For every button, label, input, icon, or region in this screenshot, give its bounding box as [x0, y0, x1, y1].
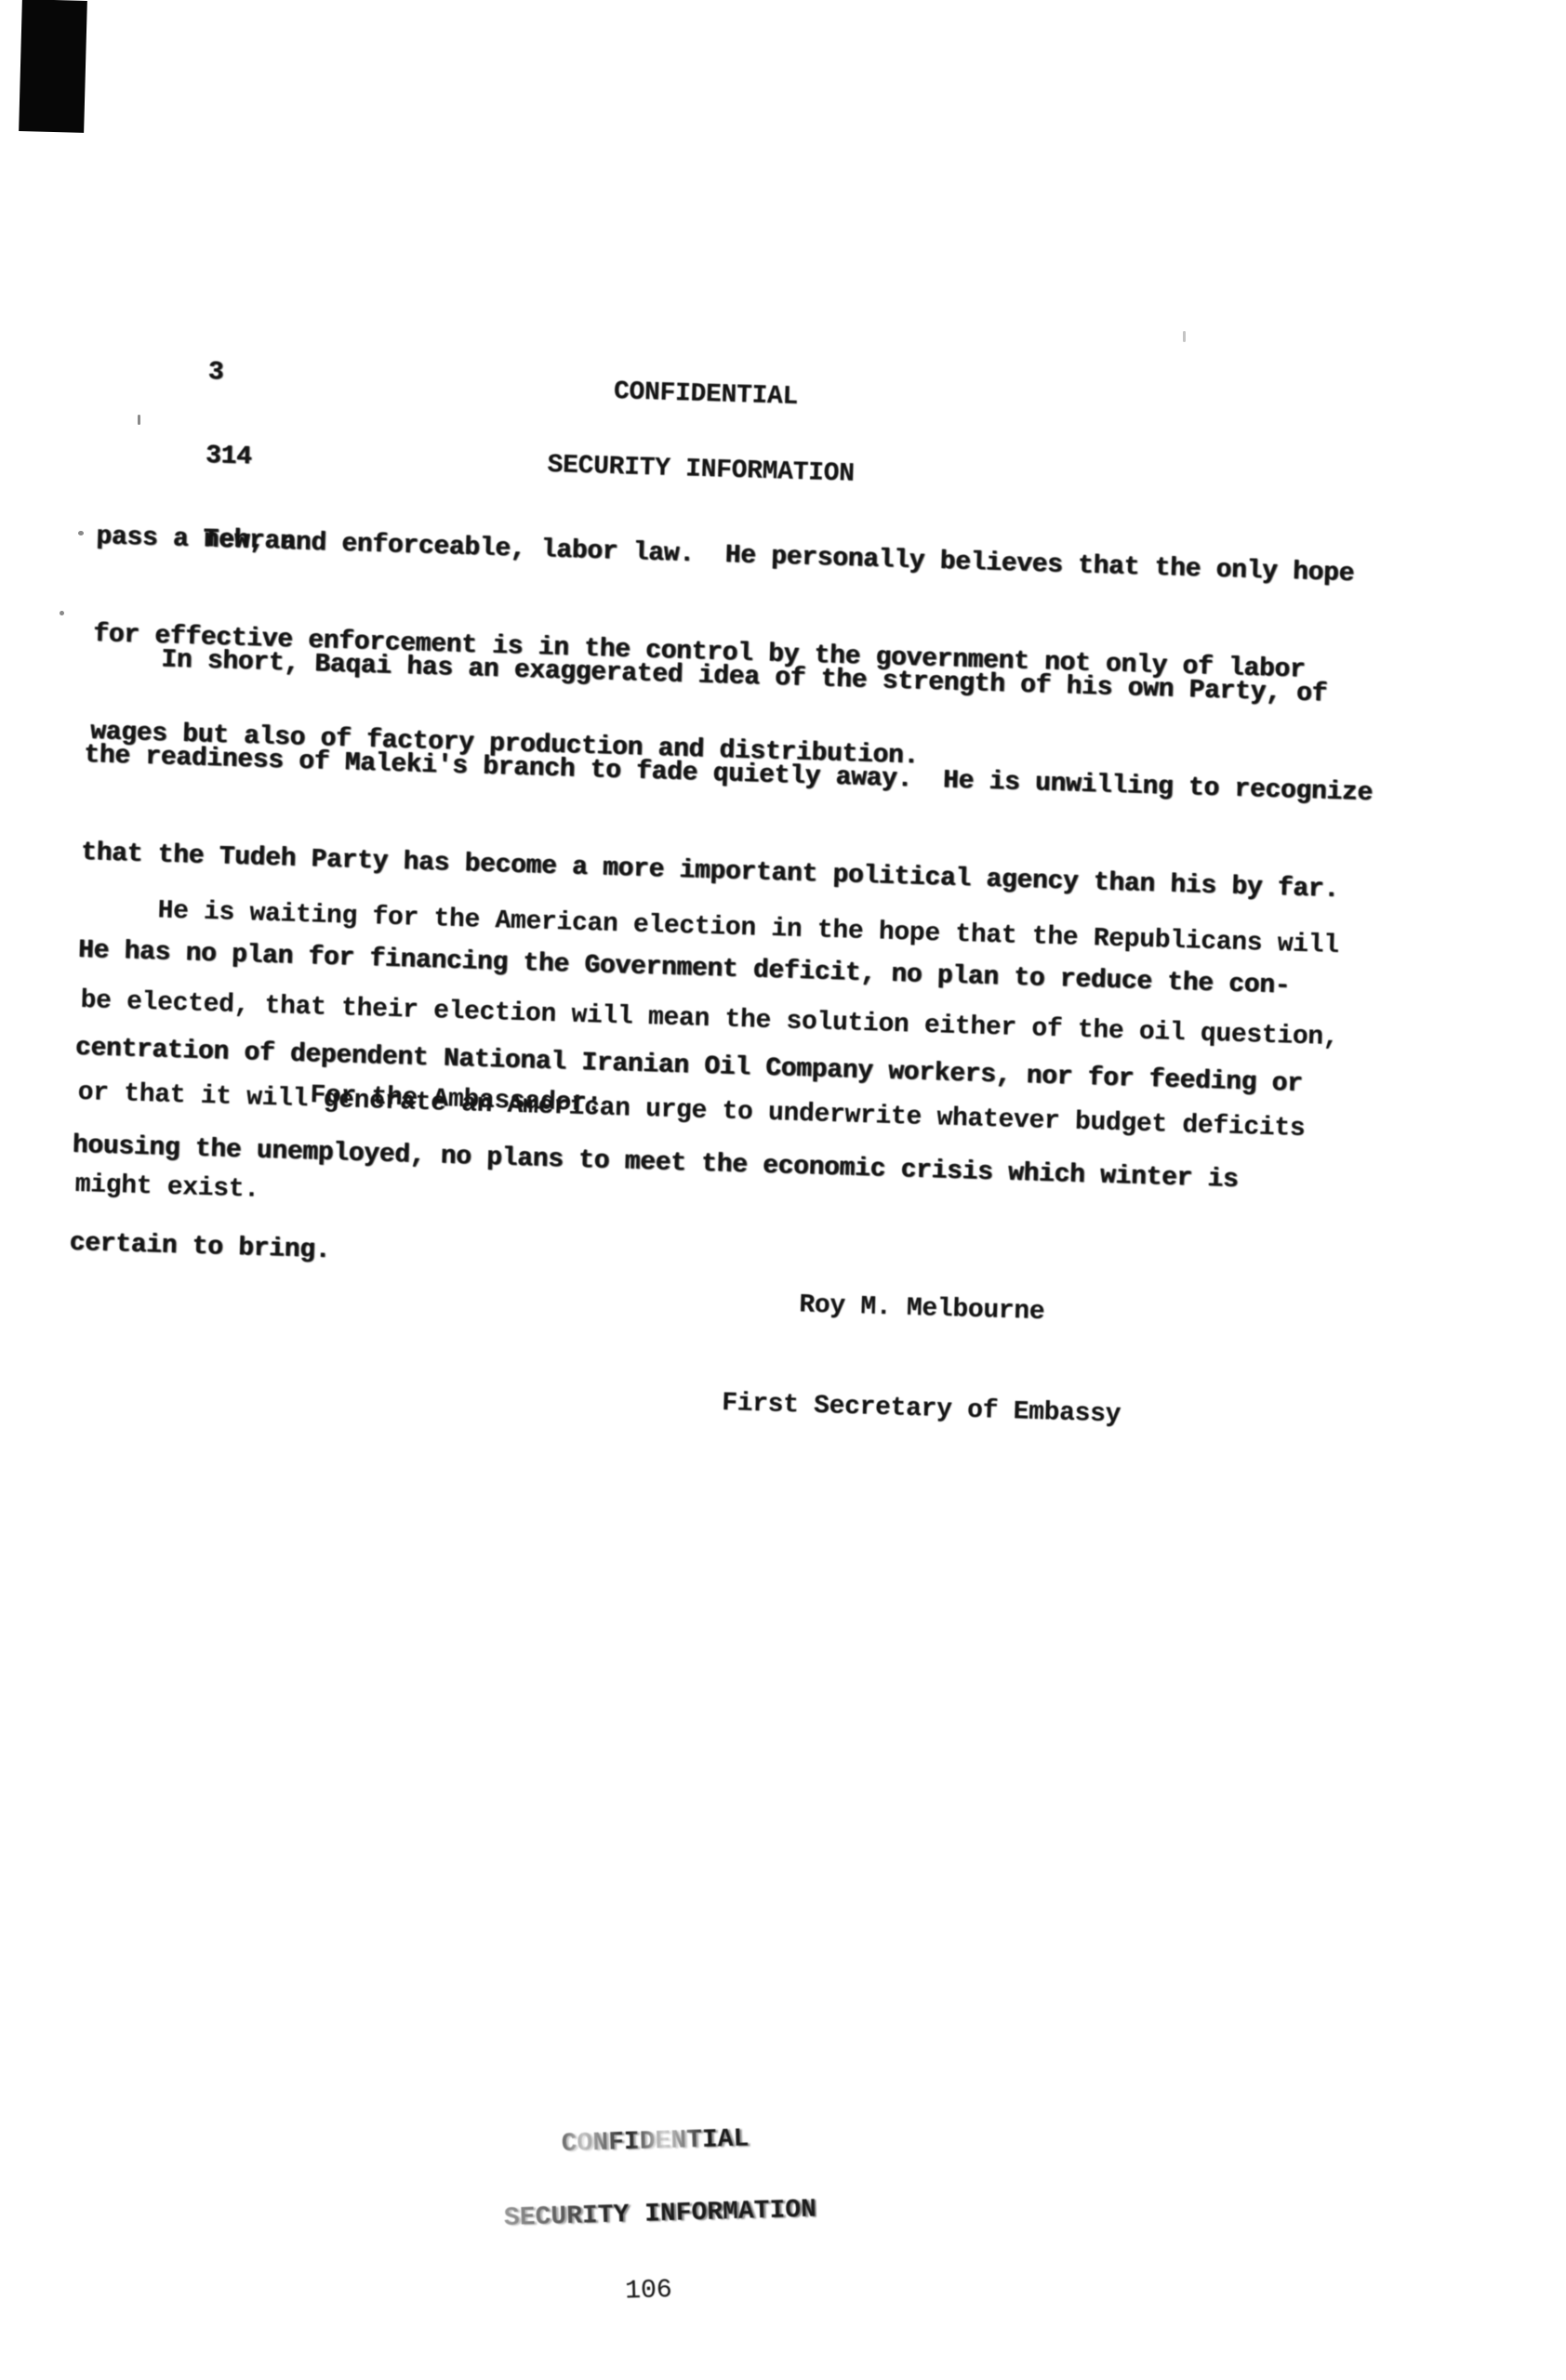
scan-speck [1183, 331, 1186, 342]
classification-line: CONFIDENTIAL [550, 377, 857, 412]
scan-speck [78, 531, 84, 535]
classification-line: CONFIDENTIAL [501, 2126, 815, 2159]
scan-speck [138, 415, 140, 425]
paragraph-2-line: In short, Baqai has an exaggerated idea … [86, 641, 1376, 712]
typed-content-layer: 3 314 Tehran CONFIDENTIAL SECURITY INFOR… [0, 0, 1566, 2380]
paragraph-1-line: pass a new, and enforceable, labor law. … [96, 521, 1355, 590]
closing-phrase: For the Ambassador: [308, 1017, 604, 1183]
signer-title: First Secretary of Embassy [722, 1387, 1121, 1433]
paragraph-3-line: might exist. [74, 1170, 1334, 1237]
closing-text: For the Ambassador: [310, 1080, 602, 1120]
bottom-classification-stamp: CONFIDENTIAL SECURITY INFORMATION 106 [500, 2078, 820, 2360]
signature-block: Roy M. Melbourne First Secretary of Emba… [719, 1220, 1125, 1500]
paragraph-2-line: the readiness of Maleki's branch to fade… [84, 739, 1374, 810]
paragraph-3: He is waiting for the American election … [73, 832, 1343, 1299]
page-number: 106 [506, 2271, 819, 2311]
scanned-document-page: 3 314 Tehran CONFIDENTIAL SECURITY INFOR… [0, 0, 1566, 2380]
page-sequence-number: 3 [207, 359, 300, 390]
scan-speck [60, 611, 64, 615]
paragraph-3-line: or that it will generate an American urg… [77, 1078, 1336, 1145]
security-information-line: SECURITY INFORMATION [504, 2199, 817, 2231]
signer-name: Roy M. Melbourne [724, 1287, 1124, 1332]
paragraph-3-line: He is waiting for the American election … [83, 893, 1342, 961]
paragraph-3-line: be elected, that their election will mea… [80, 985, 1339, 1053]
